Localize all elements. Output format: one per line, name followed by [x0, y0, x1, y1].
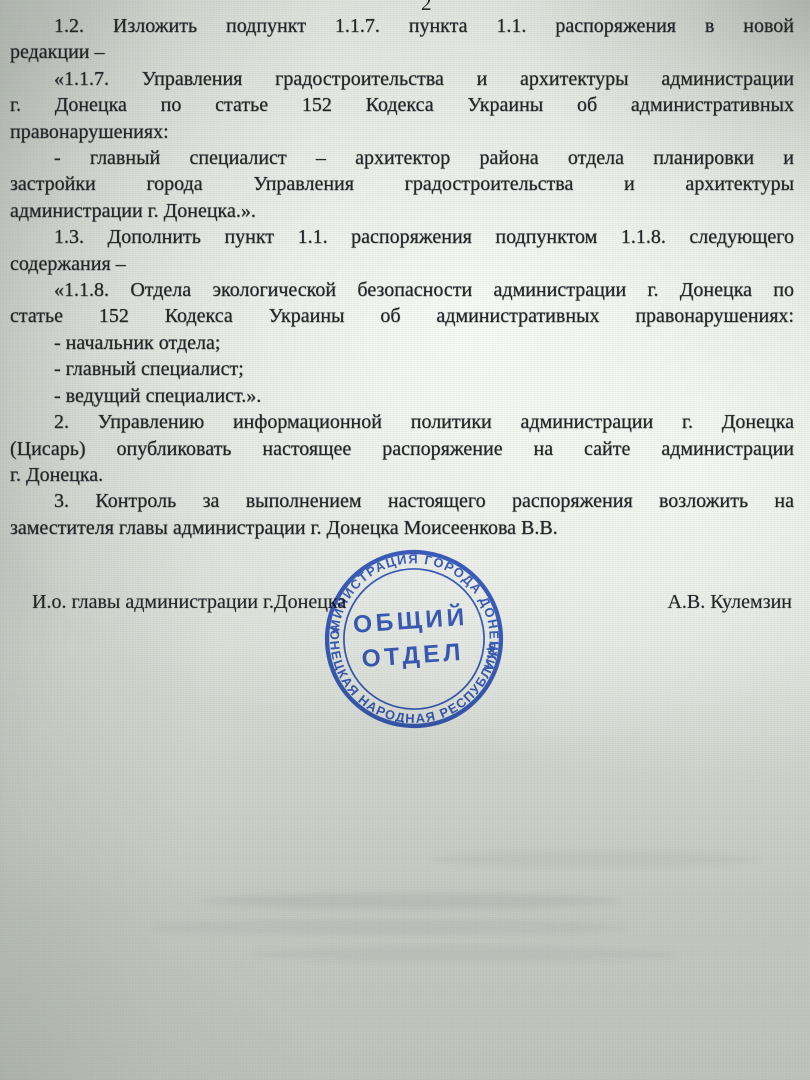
bleed-through-smudge: [200, 893, 620, 909]
document-line: г. Донецка по статье 152 Кодекса Украины…: [10, 92, 794, 118]
scanned-document-page: 2 1.2. Изложить подпункт 1.1.7. пункта 1…: [0, 0, 810, 1080]
document-line: - начальник отдела;: [10, 330, 794, 356]
stamp-arc-bottom-text: ДОНЕЦКАЯ НАРОДНАЯ РЕСПУБЛИКА: [324, 549, 504, 729]
document-body: 1.2. Изложить подпункт 1.1.7. пункта 1.1…: [10, 13, 794, 541]
document-line: 1.2. Изложить подпункт 1.1.7. пункта 1.1…: [10, 13, 794, 39]
document-line: статье 152 Кодекса Украины об администра…: [10, 303, 794, 329]
document-line: 2. Управлению информационной политики ад…: [10, 409, 794, 435]
document-line: администрации г. Донецка.».: [10, 198, 794, 224]
bleed-through-smudge: [150, 920, 630, 935]
document-line: «1.1.7. Управления градостроительства и …: [10, 66, 794, 92]
document-line: - ведущий специалист.».: [10, 383, 794, 409]
document-line: 3. Контроль за выполнением настоящего ра…: [10, 488, 794, 514]
stamp-outer-ring: [324, 549, 504, 729]
bleed-through-smudge: [250, 947, 680, 961]
signature-name: А.В. Кулемзин: [667, 591, 792, 614]
document-line: «1.1.8. Отдела экологической безопасност…: [10, 277, 794, 303]
document-line: - главный специалист;: [10, 356, 794, 382]
document-line: заместителя главы администрации г. Донец…: [10, 515, 794, 541]
document-line: правонарушениях:: [10, 119, 794, 145]
stamp-center-line1: ОБЩИЙ: [352, 603, 469, 639]
stamp-star-left-icon: ★: [329, 623, 342, 638]
signature-title: И.о. главы администрации г.Донецка: [32, 591, 346, 614]
document-line: редакции –: [10, 39, 794, 65]
document-line: - главный специалист – архитектор района…: [10, 145, 794, 171]
stamp-graphic: АДМИНИСТРАЦИЯ ГОРОДА ДОНЕЦКА ДОНЕЦКАЯ НА…: [324, 549, 504, 729]
document-line: застройки города Управления градостроите…: [10, 171, 794, 197]
bleed-through-smudge: [430, 852, 760, 866]
document-line: содержания –: [10, 251, 794, 277]
document-line: 1.3. Дополнить пункт 1.1. распоряжения п…: [10, 224, 794, 250]
official-stamp: АДМИНИСТРАЦИЯ ГОРОДА ДОНЕЦКА ДОНЕЦКАЯ НА…: [324, 549, 504, 729]
stamp-center-line2: ОТДЕЛ: [361, 639, 465, 673]
document-line: г. Донецка.: [10, 462, 794, 488]
document-line: (Цисарь) опубликовать настоящее распоряж…: [10, 436, 794, 462]
stamp-star-right-icon: ★: [486, 642, 499, 657]
